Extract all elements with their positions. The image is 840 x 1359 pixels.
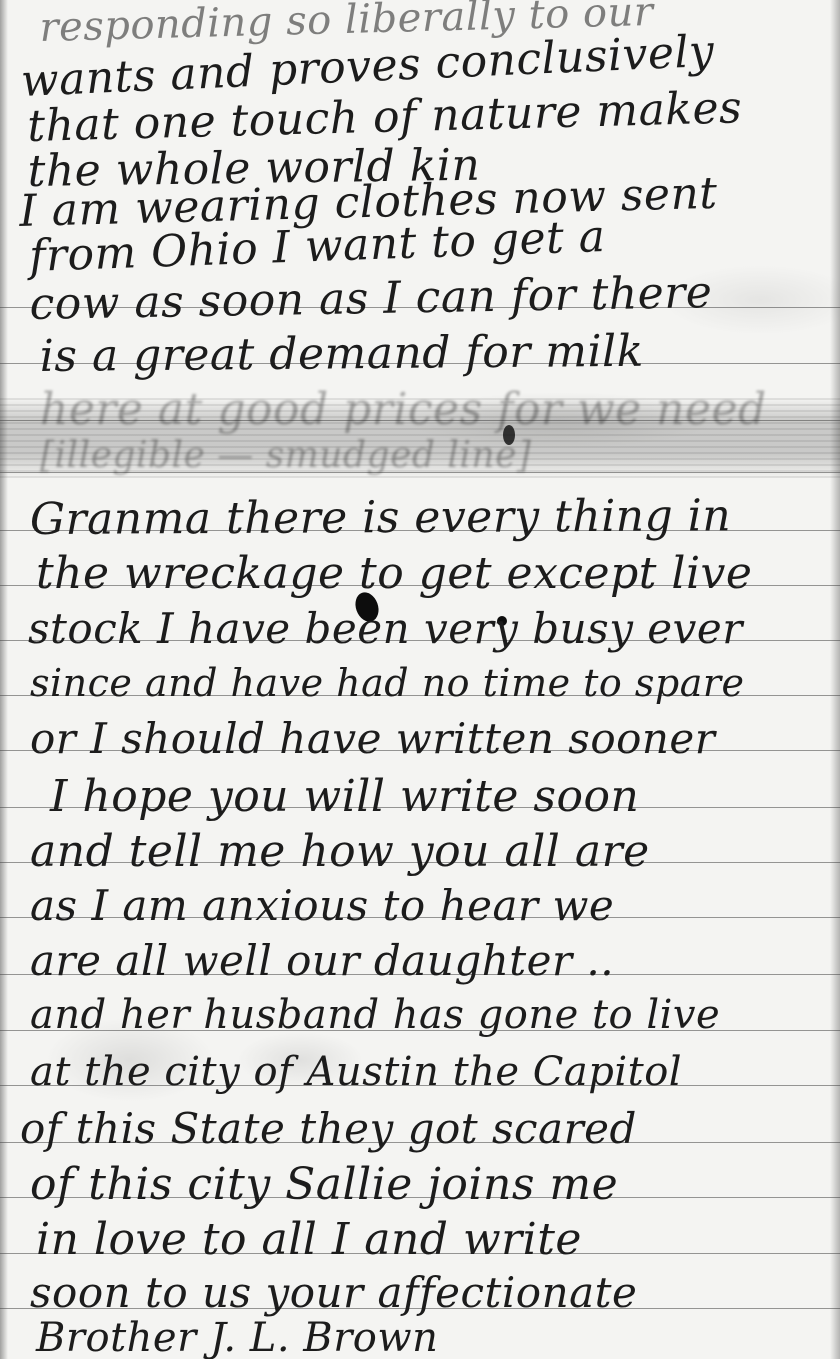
letter-line: here at good prices for we need: [40, 388, 767, 432]
letter-line: or I should have written sooner: [30, 718, 715, 760]
letter-line: [illegible — smudged line]: [40, 438, 531, 474]
letter-line: are all well our daughter ..: [30, 940, 614, 982]
letter-line: stock I have been very busy ever: [28, 608, 743, 650]
letter-line: cow as soon as I can for there: [29, 271, 712, 327]
letter-line: since and have had no time to spare: [30, 664, 745, 702]
page-left-edge-shadow: [0, 0, 8, 1359]
letter-line: as I am anxious to hear we: [30, 885, 614, 927]
letter-line: and tell me how you all are: [30, 830, 650, 874]
letter-line: in love to all I and write: [36, 1218, 582, 1262]
letter-line: Granma there is every thing in: [30, 494, 731, 542]
page-right-edge-shadow: [830, 0, 840, 1359]
signature: Brother J. L. Brown: [36, 1318, 438, 1358]
letter-line: is a great demand for milk: [40, 330, 644, 379]
letter-line: the wreckage to get except live: [36, 552, 752, 596]
letter-line: of this State they got scared: [20, 1108, 637, 1150]
letter-page: responding so liberally to our wants and…: [0, 0, 840, 1359]
letter-line: I hope you will write soon: [50, 775, 639, 819]
letter-line: and her husband has gone to live: [30, 995, 720, 1035]
letter-line: at the city of Austin the Capitol: [30, 1052, 682, 1092]
letter-line: soon to us your affectionate: [30, 1272, 637, 1314]
letter-line: of this city Sallie joins me: [30, 1163, 618, 1207]
